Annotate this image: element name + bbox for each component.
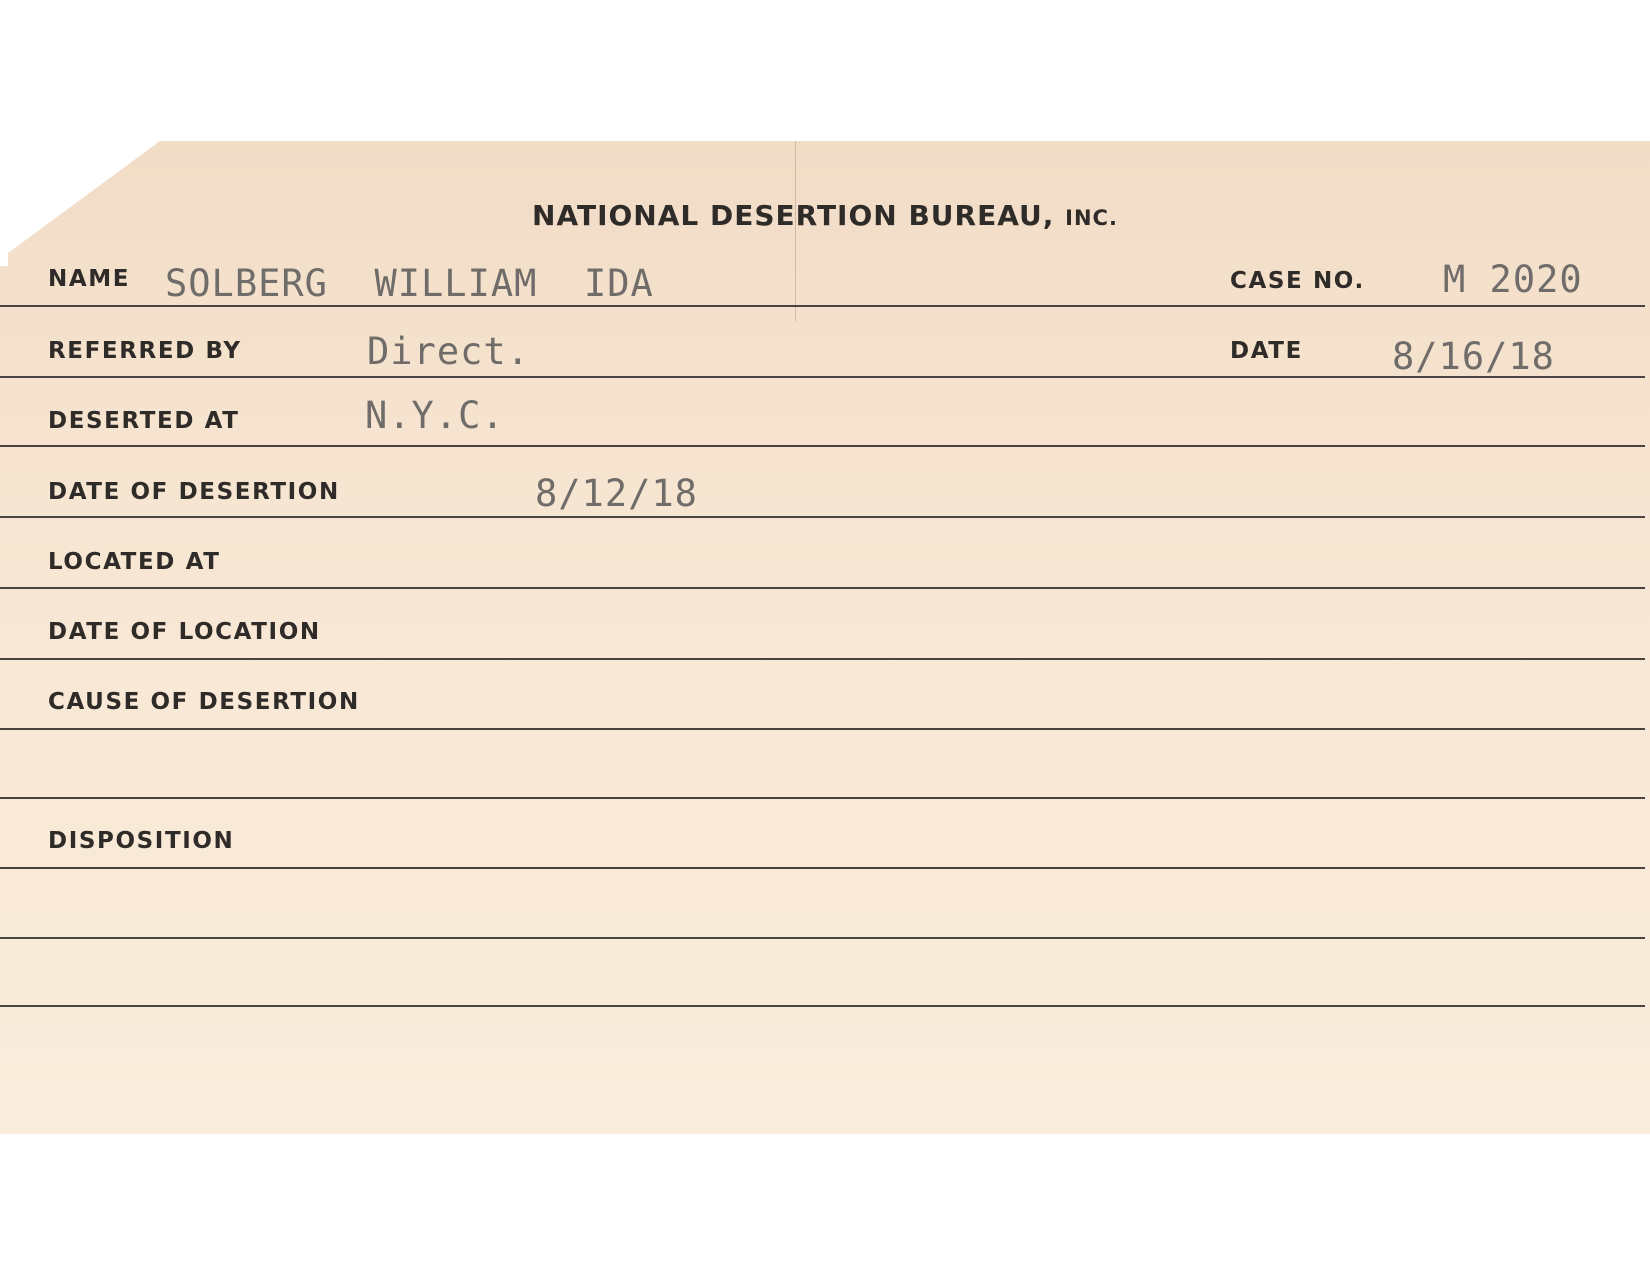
card-title: NATIONAL DESERTION BUREAU, INC. xyxy=(0,199,1650,232)
title-suffix: INC. xyxy=(1065,206,1118,230)
rule-line xyxy=(0,728,1645,730)
date-of-desertion-value: 8/12/18 xyxy=(535,472,698,515)
rule-line xyxy=(0,1005,1645,1007)
cause-of-desertion-label: CAUSE OF DESERTION xyxy=(48,689,360,715)
date-of-desertion-label: DATE OF DESERTION xyxy=(48,479,340,505)
deserted-at-label: DESERTED AT xyxy=(48,408,240,434)
referred-by-value: Direct. xyxy=(367,330,530,373)
date-label: DATE xyxy=(1230,338,1303,364)
disposition-label: DISPOSITION xyxy=(48,828,234,854)
date-value: 8/16/18 xyxy=(1392,335,1555,378)
name-label: NAME xyxy=(48,266,130,292)
located-at-label: LOCATED AT xyxy=(48,549,221,575)
rule-line xyxy=(0,516,1645,518)
deserted-at-value: N.Y.C. xyxy=(365,394,505,437)
title-text: NATIONAL DESERTION BUREAU, xyxy=(532,199,1054,232)
rule-line xyxy=(0,658,1645,660)
rule-line xyxy=(0,797,1645,799)
name-value: SOLBERG WILLIAM IDA xyxy=(165,262,654,305)
case-no-value: M 2020 xyxy=(1443,258,1583,301)
rule-line xyxy=(0,937,1645,939)
rule-line xyxy=(0,445,1645,447)
referred-by-label: REFERRED BY xyxy=(48,338,242,364)
date-of-location-label: DATE OF LOCATION xyxy=(48,619,321,645)
rule-line xyxy=(0,587,1645,589)
rule-line xyxy=(0,305,1645,307)
rule-line xyxy=(0,867,1645,869)
case-no-label: CASE NO. xyxy=(1230,268,1365,294)
